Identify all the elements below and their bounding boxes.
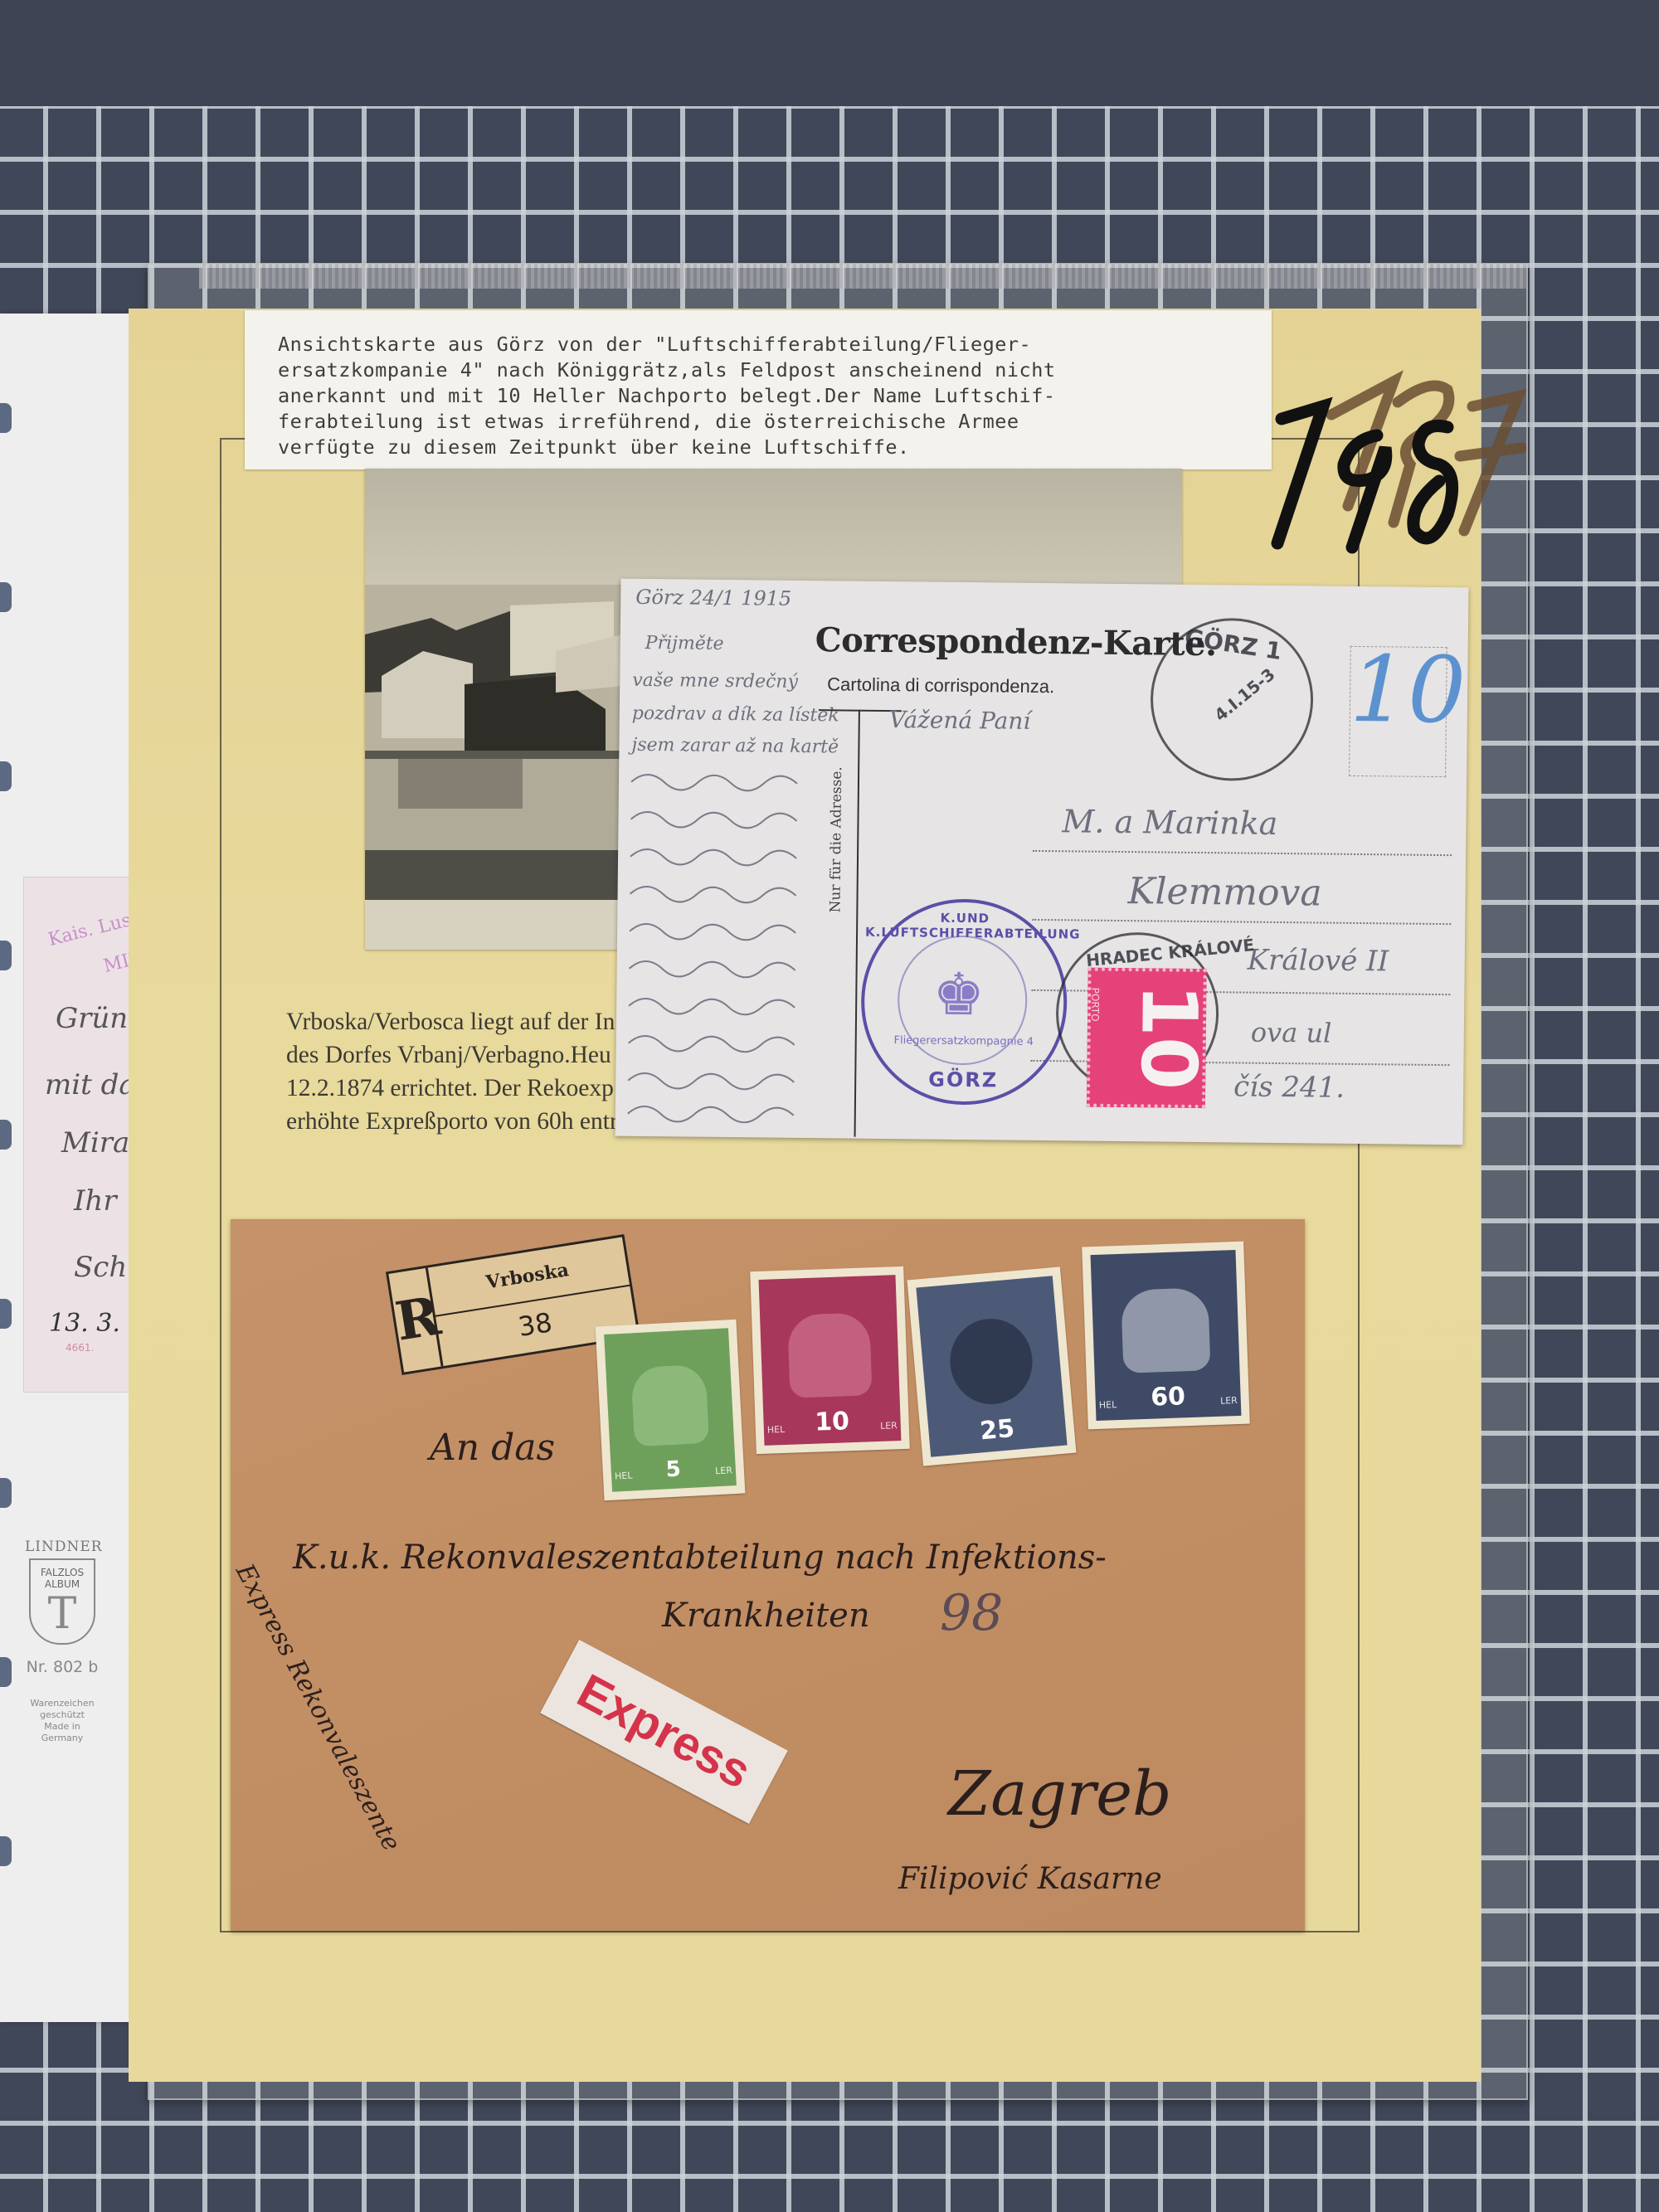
message-line: pozdrav a dík za lístek bbox=[632, 703, 839, 727]
message-line: Přijměte bbox=[645, 633, 724, 654]
description-text: Ansichtskarte aus Görz von der "Luftschi… bbox=[245, 310, 1272, 460]
seal-ring-bottom: GÖRZ bbox=[864, 1067, 1063, 1093]
binder-hole bbox=[0, 403, 12, 433]
letter-number: 4661. bbox=[66, 1342, 94, 1354]
address-line: Králové II bbox=[1248, 944, 1389, 979]
registered-express-envelope: R Vrboska 38 HELLER 5 HELLER 10 25 HELLE… bbox=[231, 1219, 1305, 1931]
destination-district: Filipović Kasarne bbox=[898, 1862, 1162, 1896]
lindner-logo: LINDNER FALZLOS ALBUM T Nr. 802 b Warenz… bbox=[25, 1539, 100, 1744]
cachet-line-1: Kais. Lust bbox=[46, 908, 141, 950]
background-top-band bbox=[0, 0, 1659, 106]
stamp-60-heller: HELLER 60 bbox=[1082, 1242, 1250, 1430]
porto-side-text: PORTO bbox=[1089, 988, 1101, 1022]
stamp-face: HELLER 10 bbox=[759, 1275, 902, 1446]
logo-brand: LINDNER bbox=[25, 1539, 100, 1555]
fine-line: Germany bbox=[25, 1733, 100, 1744]
shield-line: ALBUM bbox=[31, 1578, 94, 1590]
binder-hole bbox=[0, 941, 12, 970]
postage-due-stamp: PORTO 10 bbox=[1087, 968, 1207, 1108]
sleeve-seam bbox=[199, 264, 1526, 289]
card-dateline: Görz 24/1 1915 bbox=[635, 586, 791, 610]
fine-line: Made in bbox=[25, 1721, 100, 1733]
crown-motif bbox=[787, 1312, 872, 1398]
seal-middle-text: Fliegerersatzkompagnie 4 bbox=[889, 1034, 1039, 1048]
letter-line: Mira bbox=[61, 1126, 129, 1159]
address-line: M. a Marinka bbox=[1062, 803, 1277, 842]
stamp-face: 25 bbox=[916, 1276, 1067, 1457]
message-line: jsem zarar až na kartě bbox=[631, 735, 839, 758]
stamp-5-heller: HELLER 5 bbox=[596, 1320, 746, 1501]
address-prefix: An das bbox=[430, 1427, 555, 1469]
album-model-number: Nr. 802 b bbox=[25, 1658, 100, 1676]
recipient-line-2: Krankheiten bbox=[662, 1597, 870, 1635]
address-line: čís 241. bbox=[1233, 1070, 1345, 1104]
recipient-line-1: K.u.k. Rekonvaleszentabteilung nach Infe… bbox=[293, 1539, 1107, 1577]
binder-hole bbox=[0, 1478, 12, 1508]
typed-description-label: Ansichtskarte aus Görz von der "Luftschi… bbox=[245, 310, 1272, 469]
shield-letter: T bbox=[31, 1590, 94, 1638]
handwritten-year-marking: 1987 bbox=[1253, 357, 1526, 556]
frame-line bbox=[220, 1931, 1360, 1932]
letter-line: Ihr bbox=[74, 1184, 117, 1218]
coat-of-arms-motif bbox=[1121, 1287, 1210, 1373]
stamp-25-heller: 25 bbox=[907, 1266, 1077, 1466]
address-rule bbox=[1033, 850, 1452, 856]
address-rule bbox=[1032, 919, 1451, 925]
card-title: Correspondenz-Karte. bbox=[815, 620, 1217, 664]
binder-hole bbox=[0, 1299, 12, 1329]
unit-seal-luftschifferabteilung: K.UND K.LUFTSCHIFFERABTEILUNG ♚ Fliegere… bbox=[860, 898, 1068, 1106]
address-line: ova ul bbox=[1251, 1017, 1332, 1049]
fine-line: geschützt bbox=[25, 1709, 100, 1721]
message-line: vaše mne srdečný bbox=[632, 670, 798, 693]
side-annotation: Express Rekonvaleszente bbox=[230, 1559, 406, 1856]
fine-line: Warenzeichen bbox=[25, 1698, 100, 1709]
stamp-face: HELLER 5 bbox=[604, 1328, 737, 1492]
express-label-text: Express bbox=[540, 1640, 788, 1824]
address-line: Vážená Paní bbox=[889, 706, 1031, 735]
stamp-value: 5 bbox=[611, 1454, 736, 1485]
stamp-value: 10 bbox=[763, 1405, 901, 1439]
binder-hole bbox=[0, 1120, 12, 1150]
letter-line: mit da bbox=[45, 1068, 136, 1101]
address-line: Klemmova bbox=[1127, 870, 1322, 914]
address-label: Nur für die Adresse. bbox=[827, 766, 845, 912]
pencil-note: 98 bbox=[940, 1584, 1003, 1642]
trademark-text: Warenzeichen geschützt Made in Germany bbox=[25, 1698, 100, 1744]
portrait-motif bbox=[946, 1315, 1036, 1407]
message-handwriting bbox=[624, 766, 859, 1125]
binder-hole bbox=[0, 582, 12, 612]
stamp-10-heller: HELLER 10 bbox=[750, 1266, 910, 1454]
seal-ring-top: K.UND K.LUFTSCHIFFERABTEILUNG bbox=[865, 910, 1064, 942]
binder-hole bbox=[0, 1836, 12, 1866]
card-subtitle: Cartolina di corrispondenza. bbox=[827, 673, 1054, 698]
logo-shield: FALZLOS ALBUM T bbox=[29, 1558, 95, 1645]
postage-due-handwritten: 10 bbox=[1350, 636, 1467, 743]
binder-hole bbox=[0, 761, 12, 791]
porto-value: 10 bbox=[1124, 984, 1214, 1091]
shield-line: FALZLOS bbox=[31, 1560, 94, 1578]
double-eagle-icon: ♚ bbox=[932, 960, 985, 1029]
frame-line bbox=[220, 438, 221, 1931]
correspondence-card: Görz 24/1 1915 Correspondenz-Karte. Cart… bbox=[615, 579, 1469, 1145]
stamp-face: HELLER 60 bbox=[1091, 1250, 1242, 1421]
crown-motif bbox=[630, 1364, 709, 1447]
destination-city: Zagreb bbox=[948, 1758, 1171, 1830]
stamp-value: 60 bbox=[1095, 1380, 1241, 1414]
stamp-value: 25 bbox=[927, 1410, 1066, 1451]
express-label: Express bbox=[540, 1640, 788, 1824]
binder-hole bbox=[0, 1657, 12, 1687]
